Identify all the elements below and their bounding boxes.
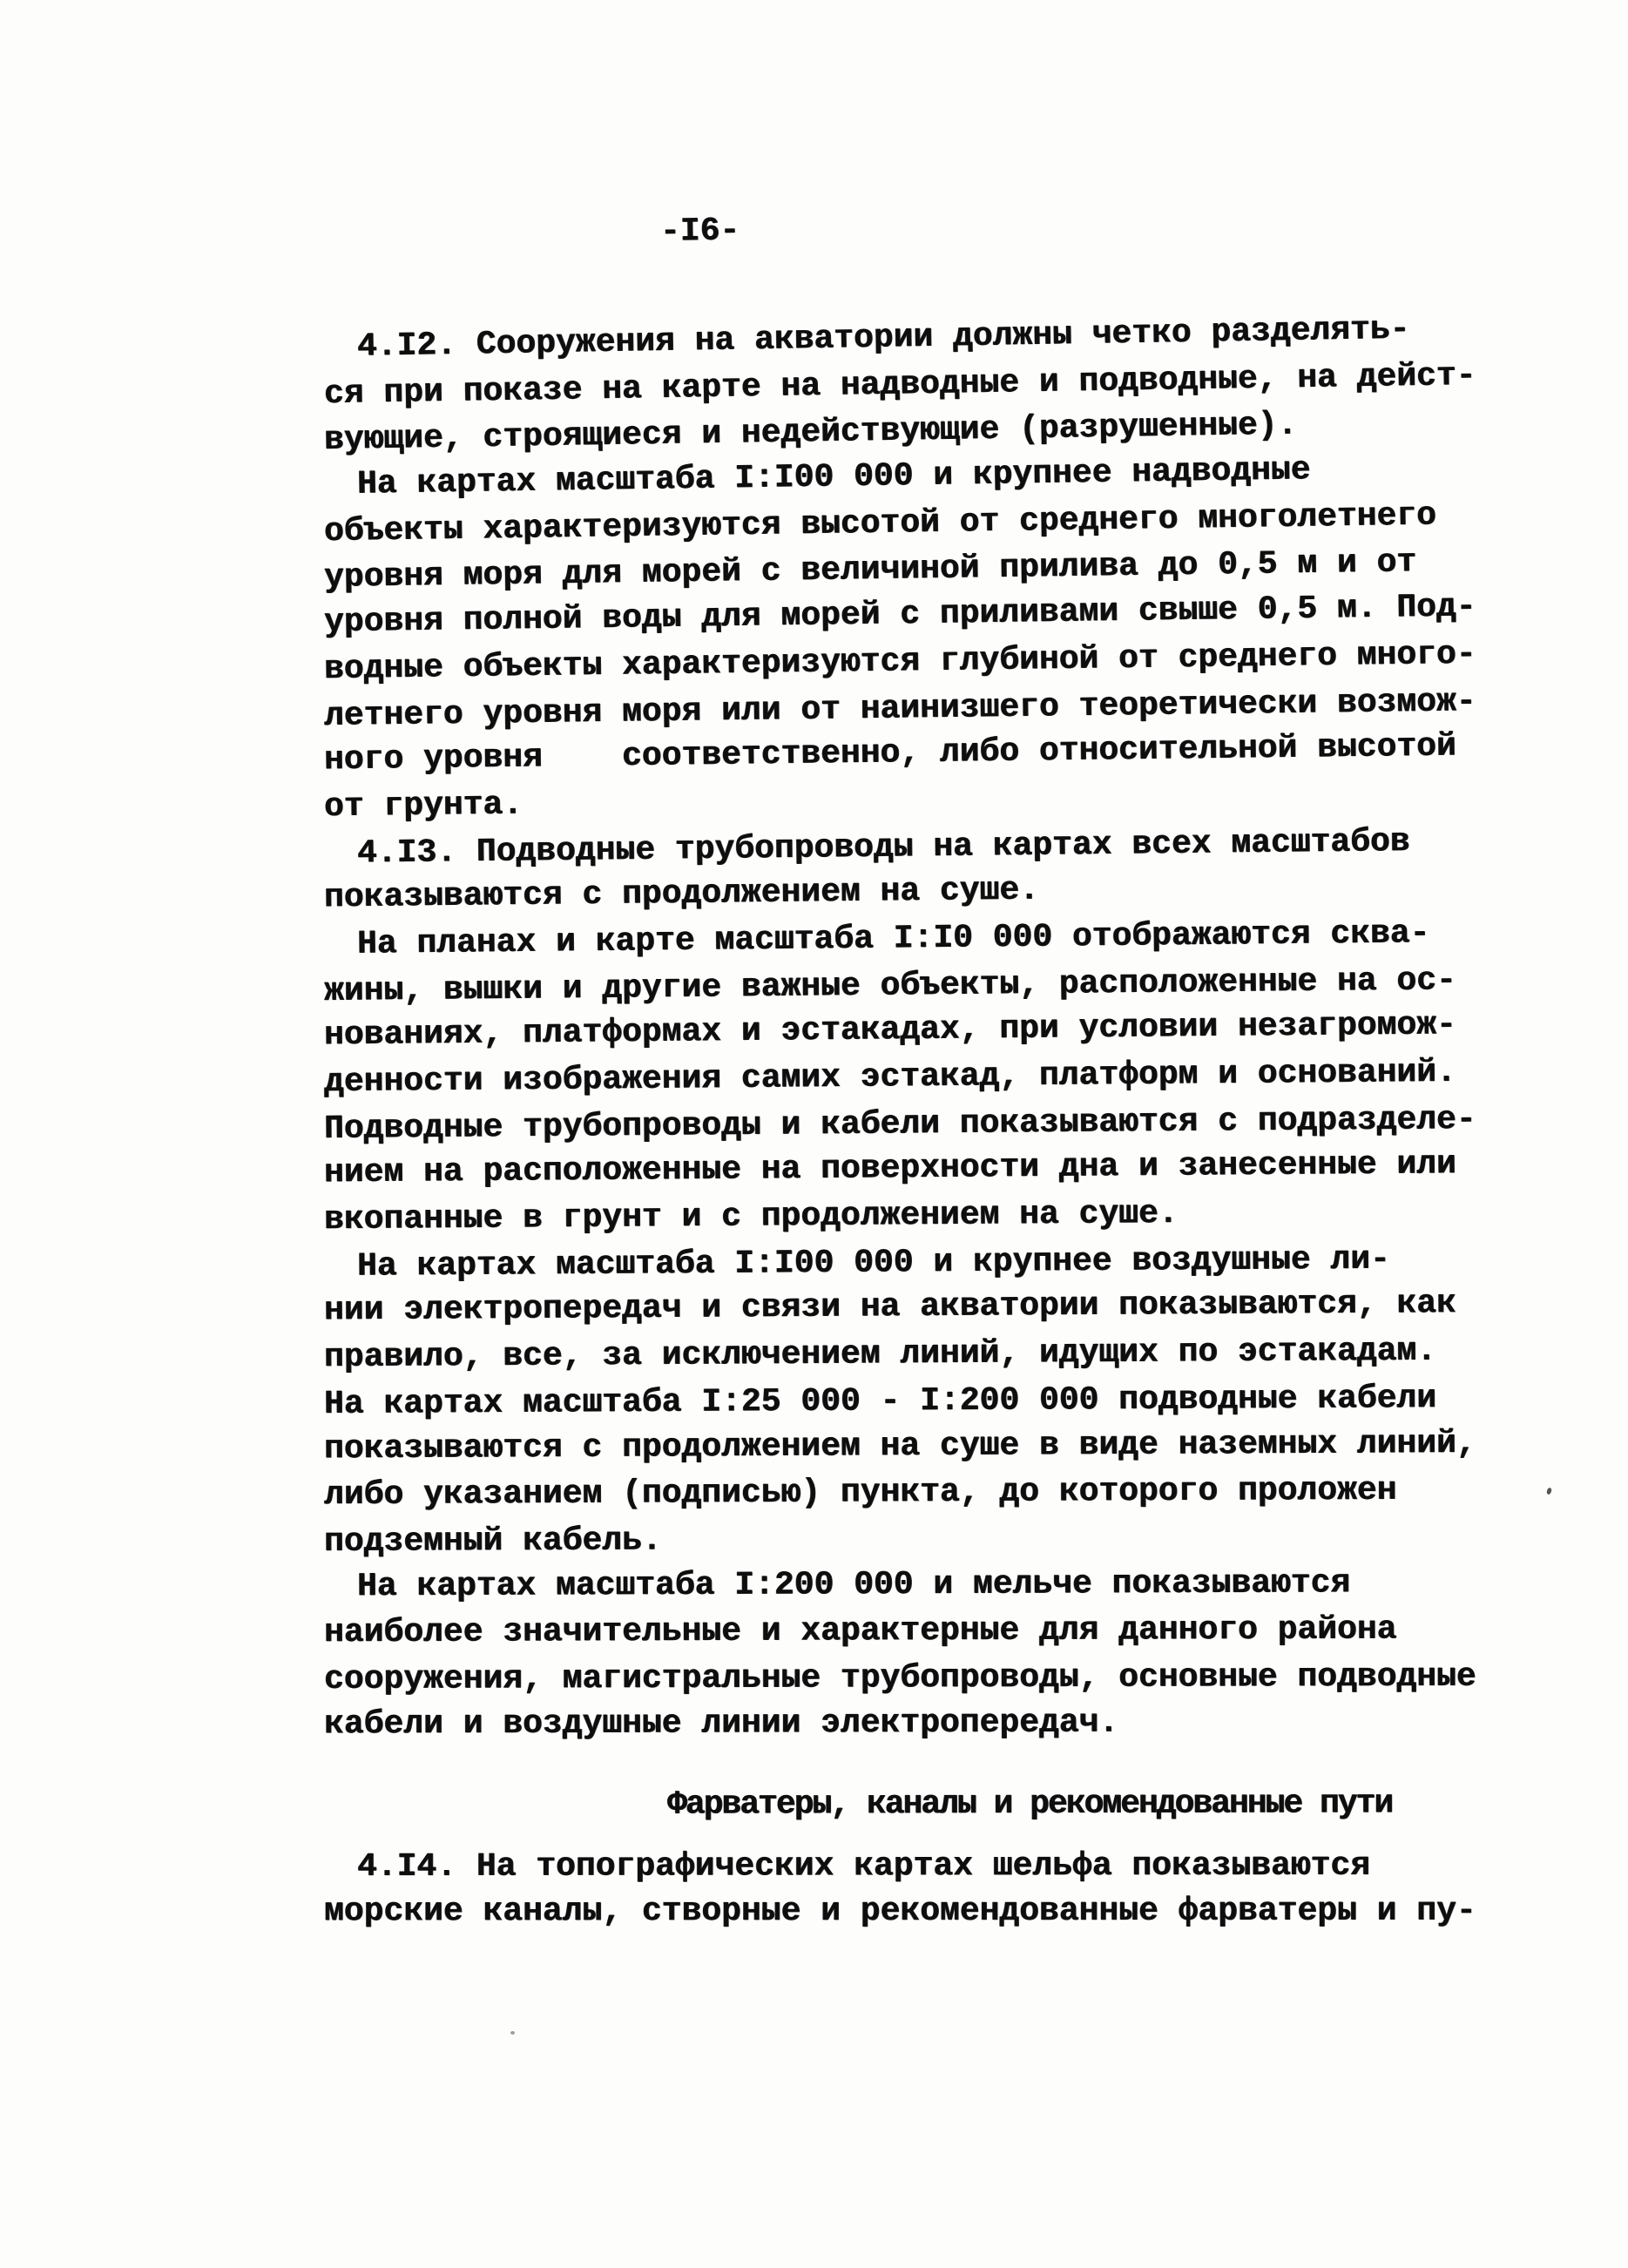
text-line: нием на расположенные на поверхности дна… bbox=[324, 1142, 1544, 1198]
text-line: кабели и воздушные линии электропередач. bbox=[324, 1699, 1544, 1747]
document-page: -I6- 4.I2. Сооружения на акватории должн… bbox=[0, 0, 1628, 2268]
text-line: 4.I4. На топографических картах шельфа п… bbox=[324, 1843, 1544, 1890]
scan-artifact bbox=[1546, 1487, 1552, 1495]
text-block: 4.I2. Сооружения на акватории должны чет… bbox=[324, 326, 1544, 1935]
text-line: вкопанные в грунт и с продолжением на су… bbox=[324, 1189, 1544, 1244]
section-heading: Фарватеры, каналы и рекомендованные пути bbox=[324, 1781, 1544, 1829]
text-line: подземный кабель. bbox=[324, 1515, 1544, 1565]
text-line: правило, все, за исключением линий, идущ… bbox=[324, 1328, 1544, 1381]
text-line: На картах масштаба I:25 000 - I:200 000 … bbox=[324, 1375, 1544, 1428]
text-line: денности изображения самих эстакад, плат… bbox=[324, 1050, 1544, 1106]
text-line: На картах масштаба I:200 000 и мельче по… bbox=[324, 1560, 1544, 1610]
text-line: показываются с продолжением на суше в ви… bbox=[324, 1421, 1544, 1472]
text-line: либо указанием (подписью) пункта, до кот… bbox=[324, 1468, 1544, 1519]
text-line: морские каналы, створные и рекомендованн… bbox=[324, 1888, 1544, 1934]
page-number: -I6- bbox=[660, 212, 740, 250]
text-line: наиболее значительные и характерные для … bbox=[324, 1607, 1544, 1657]
text-line: сооружения, магистральные трубопроводы, … bbox=[324, 1654, 1544, 1703]
text-line: нии электропередач и связи на акватории … bbox=[324, 1281, 1544, 1335]
scan-artifact bbox=[510, 2031, 515, 2035]
